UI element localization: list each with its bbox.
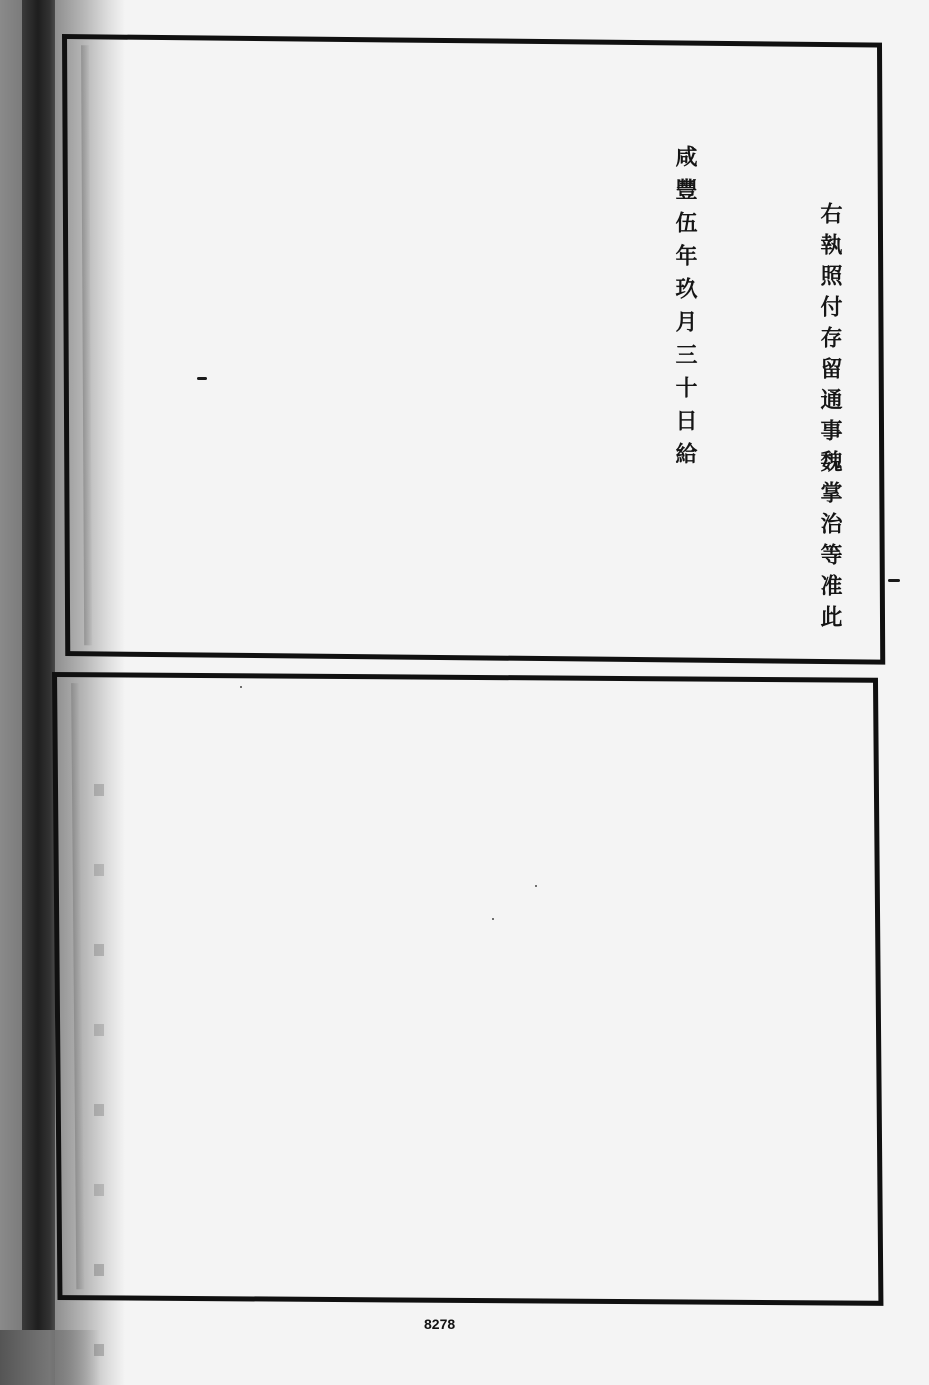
ink-speck xyxy=(492,918,494,920)
ink-speck xyxy=(240,686,242,688)
date-text-column: 咸豐伍年玖月三十日給 xyxy=(670,145,701,475)
page-number: 8278 xyxy=(424,1316,455,1332)
license-text-column: 右執照付存留通事魏掌治等准此 xyxy=(815,202,846,636)
ink-dash-mark xyxy=(197,377,207,380)
lower-frame-inner-shadow-line xyxy=(71,683,84,1289)
lower-document-frame xyxy=(52,672,883,1306)
upper-document-frame xyxy=(62,34,885,665)
bleed-through-ghost-text xyxy=(90,770,108,1370)
bottom-corner-shadow xyxy=(0,1330,100,1385)
ink-dash-mark xyxy=(888,579,900,582)
scanned-document-page: { "document": { "type": "scanned histori… xyxy=(0,0,929,1385)
upper-frame-inner-shadow-line xyxy=(81,45,92,645)
ink-speck xyxy=(535,885,537,887)
